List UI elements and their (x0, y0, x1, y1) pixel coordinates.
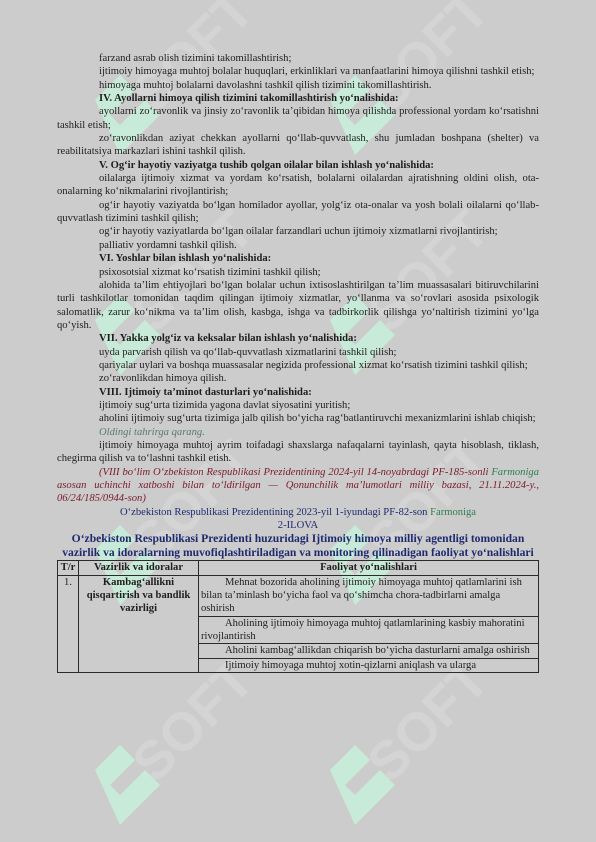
section-heading: IV. Ayollarni himoya qilish tizimini tak… (57, 92, 539, 105)
previous-edition-link[interactable]: Oldingi tahrirga qarang. (57, 426, 539, 439)
paragraph: aholini ijtimoiy sug‘urta tizimiga jalb … (57, 412, 539, 425)
amendment-source-note: (VIII bo‘lim O‘zbekiston Respublikasi Pr… (57, 466, 539, 506)
header-activities: Faoliyat yo‘nalishlari (199, 561, 539, 575)
ministry-name: Kambag‘allikni qisqartirish va bandlik v… (79, 575, 199, 672)
paragraph: uyda parvarish qilish va qo‘llab-quvvatl… (57, 346, 539, 359)
section-heading: V. Og‘ir hayotiy vaziyatga tushib qolgan… (57, 159, 539, 172)
header-ministries: Vazirlik va idoralar (79, 561, 199, 575)
paragraph: qariyalar uylari va boshqa muassasalar n… (57, 359, 539, 372)
paragraph: ijtimoiy himoyaga muhtoj ayrim toifadagi… (57, 439, 539, 466)
paragraph: psixosotsial xizmat ko‘rsatish tizimini … (57, 266, 539, 279)
paragraph: palliativ yordamni tashkil qilish. (57, 239, 539, 252)
activity-cell: Mehnat bozorida aholining ijtimoiy himoy… (199, 575, 539, 616)
paragraph: og‘ir hayotiy vaziyatlarda bo‘lgan oilal… (57, 225, 539, 238)
appendix-decree-link[interactable]: Farmoniga (430, 507, 476, 518)
row-number: 1. (58, 575, 79, 672)
activity-cell: Aholini kambag‘allikdan chiqarish bo‘yic… (199, 644, 539, 658)
appendix-label: 2-ILOVA (57, 519, 539, 532)
document-body: farzand asrab olish tizimini takomillash… (57, 52, 539, 466)
document-page: farzand asrab olish tizimini takomillash… (57, 52, 539, 673)
section-heading: VI. Yoshlar bilan ishlash yo‘nalishida: (57, 252, 539, 265)
decree-link[interactable]: Farmoniga (491, 467, 539, 478)
appendix-title: O‘zbekiston Respublikasi Prezidenti huzu… (57, 532, 539, 560)
appendix-reference: O‘zbekiston Respublikasi Prezidentining … (57, 506, 539, 519)
paragraph: farzand asrab olish tizimini takomillash… (57, 52, 539, 65)
header-number: T/r (58, 561, 79, 575)
paragraph: og‘ir hayotiy vaziyatda bo‘lgan homilado… (57, 199, 539, 226)
paragraph: alohida ta’lim ehtiyojlari bo‘lgan bolal… (57, 279, 539, 332)
table-row: 1.Kambag‘allikni qisqartirish va bandlik… (58, 575, 539, 616)
table-header-row: T/r Vazirlik va idoralar Faoliyat yo‘nal… (58, 561, 539, 575)
paragraph: ijtimoiy himoyaga muhtoj bolalar huquqla… (57, 65, 539, 78)
activity-cell: Aholining ijtimoiy himoyaga muhtoj qatla… (199, 616, 539, 644)
paragraph: zo‘ravonlikdan aziyat chekkan ayollarni … (57, 132, 539, 159)
section-heading: VIII. Ijtimoiy ta’minot dasturlari yo‘na… (57, 386, 539, 399)
activity-cell: Ijtimoiy himoyaga muhtoj xotin-qizlarni … (199, 658, 539, 672)
section-heading: VII. Yakka yolg‘iz va keksalar bilan ish… (57, 332, 539, 345)
paragraph: zo‘ravonlikdan himoya qilish. (57, 372, 539, 385)
paragraph: oilalarga ijtimoiy xizmat va yordam ko‘r… (57, 172, 539, 199)
paragraph: ijtimoiy sug‘urta tizimida yagona davlat… (57, 399, 539, 412)
paragraph: ayollarni zo‘ravonlik va jinsiy zo‘ravon… (57, 105, 539, 132)
activities-table: T/r Vazirlik va idoralar Faoliyat yo‘nal… (57, 560, 539, 673)
paragraph: himoyaga muhtoj bolalarni davolashni tas… (57, 79, 539, 92)
